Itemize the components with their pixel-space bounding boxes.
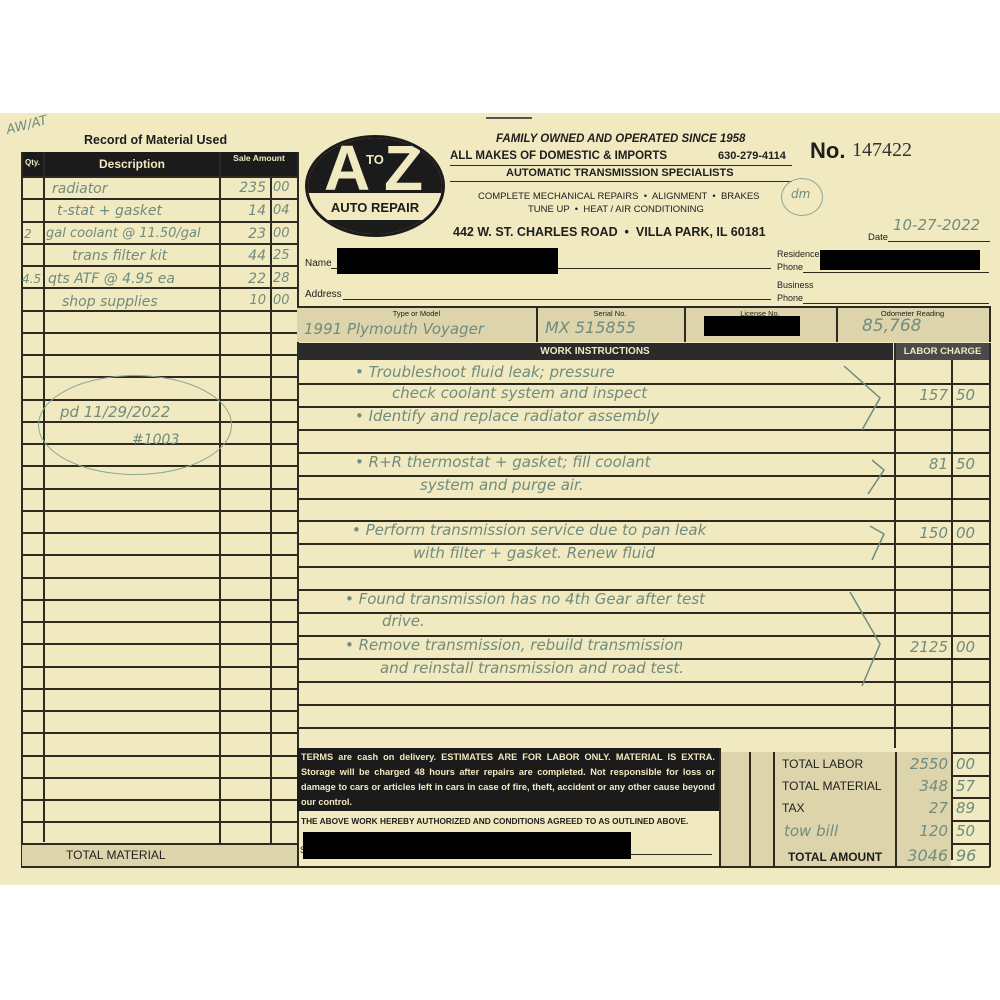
material-qty: 4.5	[22, 272, 41, 286]
shop-tagline: FAMILY OWNED AND OPERATED SINCE 1958	[496, 133, 745, 145]
labor-dollars: 2125	[898, 638, 948, 656]
shop-specialty: AUTOMATIC TRANSMISSION SPECIALISTS	[506, 167, 734, 179]
labor-cents: 50	[956, 386, 975, 404]
name-label: Name	[305, 258, 332, 269]
work-line: system and purge air.	[420, 476, 584, 494]
terms-text: TERMS are cash on delivery. ESTIMATES AR…	[301, 752, 715, 807]
material-description: shop supplies	[62, 294, 158, 310]
shop-logo: A TO Z AUTO REPAIR	[305, 135, 445, 237]
shop-services-2: TUNE UP • HEAT / AIR CONDITIONING	[528, 204, 704, 215]
invoice-date: 10-27-2022	[893, 216, 980, 234]
logo-to: TO	[366, 152, 384, 167]
work-line: • Found transmission has no 4th Gear aft…	[345, 590, 705, 608]
labor-dollars: 81	[898, 455, 948, 473]
tax-label: TAX	[782, 801, 804, 815]
tax-dollars: 27	[898, 799, 948, 817]
description-header: Description	[44, 152, 220, 176]
work-line: and reinstall transmission and road test…	[380, 659, 684, 677]
labor-dollars: 150	[898, 524, 948, 542]
material-description: t-stat + gasket	[57, 203, 162, 219]
invoice-number: 147422	[852, 139, 912, 162]
shop-phone: 630-279-4114	[718, 150, 786, 162]
shop-services: COMPLETE MECHANICAL REPAIRS • ALIGNMENT …	[478, 191, 760, 202]
work-line: • Identify and replace radiator assembly	[355, 407, 659, 425]
qty-header: Qty.	[25, 158, 40, 167]
labor-cents: 00	[956, 638, 975, 656]
material-dollars: 44	[222, 248, 266, 264]
material-cents: 00	[273, 226, 290, 241]
logo-text: AUTO REPAIR	[308, 200, 442, 215]
material-description: radiator	[52, 181, 108, 197]
business-label: Business	[777, 280, 814, 290]
work-line: check coolant system and inspect	[392, 384, 647, 402]
work-line: with filter + gasket. Renew fluid	[413, 544, 655, 562]
total-labor-dollars: 2550	[898, 755, 948, 773]
total-material-dollars: 348	[898, 777, 948, 795]
vehicle-serial: MX 515855	[545, 318, 636, 337]
total-amount-cents: 96	[956, 846, 976, 865]
work-instructions-title: WORK INSTRUCTIONS	[540, 346, 649, 357]
address-label: Address	[305, 289, 342, 300]
initials: dm	[791, 187, 810, 201]
vehicle-type: 1991 Plymouth Voyager	[304, 320, 484, 338]
name-redacted	[337, 248, 558, 274]
serial-label: Serial No.	[536, 309, 684, 318]
logo-letter-a: A	[324, 136, 370, 200]
total-amount-dollars: 3046	[896, 846, 948, 865]
residence-label: Residence	[777, 249, 820, 259]
shop-makes: ALL MAKES OF DOMESTIC & IMPORTS	[450, 150, 667, 162]
material-cents: 00	[273, 180, 290, 195]
work-line: • Troubleshoot fluid leak; pressure	[355, 363, 615, 381]
work-instructions-header: WORK INSTRUCTIONS	[297, 343, 893, 360]
material-cents: 04	[273, 203, 290, 218]
labor-charge-title: LABOR CHARGE	[904, 346, 982, 357]
material-cents: 00	[273, 293, 290, 308]
labor-cents: 50	[956, 455, 975, 473]
material-cents: 28	[273, 271, 290, 286]
total-amount-label: TOTAL AMOUNT	[788, 850, 882, 864]
material-dollars: 235	[222, 180, 266, 196]
work-line: • R+R thermostat + gasket; fill coolant	[355, 453, 651, 471]
labor-cents: 00	[956, 524, 975, 542]
paid-note-date: pd 11/29/2022	[60, 403, 170, 421]
signature-redacted	[303, 832, 631, 859]
authorization-text: THE ABOVE WORK HEREBY AUTHORIZED AND CON…	[301, 816, 688, 826]
tax-cents: 89	[956, 799, 975, 817]
material-description: gal coolant @ 11.50/gal	[46, 226, 201, 241]
material-dollars: 22	[222, 271, 266, 287]
total-labor-cents: 00	[956, 755, 975, 773]
material-dollars: 10	[222, 293, 266, 308]
work-line: • Remove transmission, rebuild transmiss…	[345, 636, 683, 654]
sale-amount-header: Sale Amount	[222, 153, 296, 164]
material-dollars: 23	[222, 226, 266, 242]
paid-note-check: #1003	[132, 432, 179, 448]
business-phone-label: Phone	[777, 293, 803, 303]
work-line: drive.	[382, 612, 425, 630]
total-material-label: TOTAL MATERIAL	[66, 848, 166, 862]
total-material-summary-label: TOTAL MATERIAL	[782, 779, 882, 793]
tow-bill-cents: 50	[956, 822, 975, 840]
labor-charge-header: LABOR CHARGE	[895, 343, 990, 360]
license-redacted	[704, 316, 800, 336]
grouping-brackets	[838, 360, 894, 700]
material-table-title: Record of Material Used	[84, 133, 227, 147]
labor-dollars: 157	[898, 386, 948, 404]
material-dollars: 14	[222, 203, 266, 219]
shop-address: 442 W. ST. CHARLES ROAD • VILLA PARK, IL…	[453, 225, 766, 239]
paid-note-oval	[38, 375, 232, 475]
invoice-no-label: No.	[810, 138, 845, 164]
total-labor-label: TOTAL LABOR	[782, 757, 863, 771]
phone-redacted	[820, 250, 980, 270]
material-description: trans filter kit	[72, 248, 167, 264]
material-cents: 25	[273, 248, 290, 263]
work-line: • Perform transmission service due to pa…	[352, 521, 706, 539]
tow-bill-label: tow bill	[784, 822, 838, 840]
residence-phone-label: Phone	[777, 262, 803, 272]
tow-bill-dollars: 120	[898, 822, 948, 840]
logo-letter-z: Z	[384, 136, 423, 200]
odometer: 85,768	[862, 316, 921, 336]
type-model-label: Type or Model	[297, 309, 536, 318]
total-material-cents: 57	[956, 777, 975, 795]
date-label: Date	[868, 232, 888, 243]
material-description: qts ATF @ 4.95 ea	[48, 271, 175, 287]
terms-box: TERMS are cash on delivery. ESTIMATES AR…	[297, 748, 719, 811]
material-qty: 2	[24, 227, 32, 241]
